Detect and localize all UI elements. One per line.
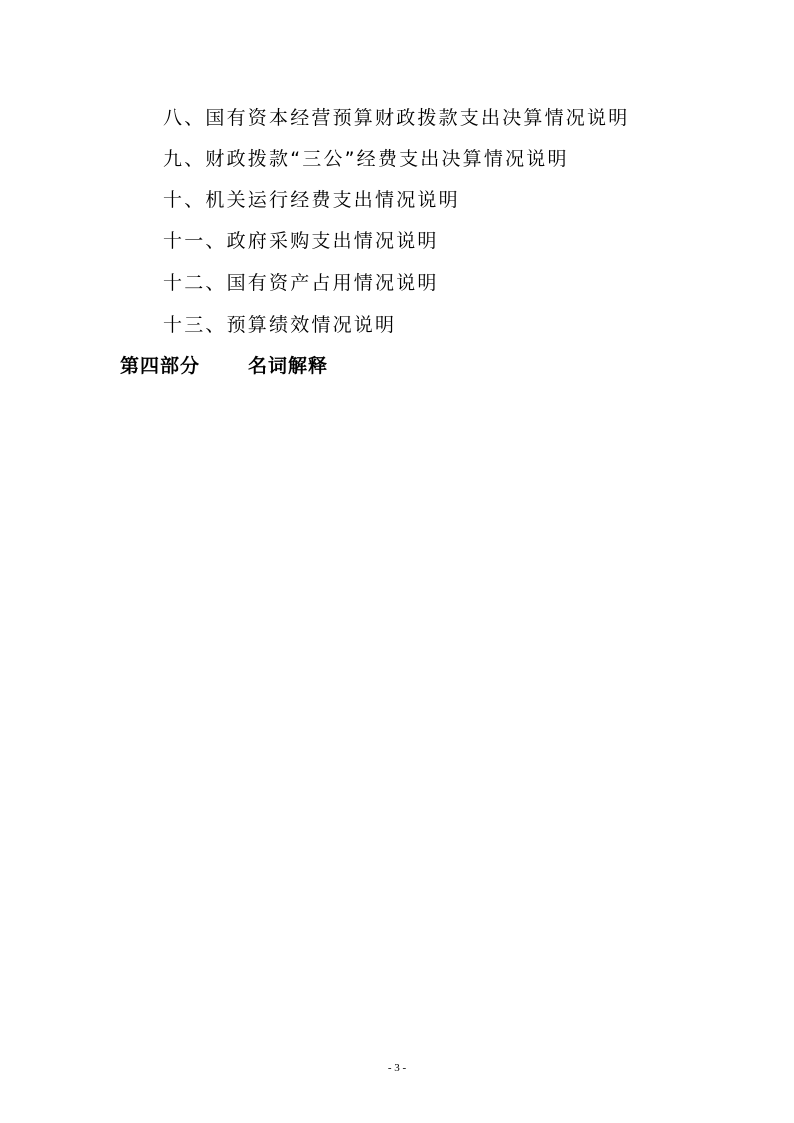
toc-item: 十一、政府采购支出情况说明	[163, 229, 439, 253]
toc-item: 十、机关运行经费支出情况说明	[163, 188, 460, 212]
toc-item: 八、国有资本经营预算财政拨款支出决算情况说明	[163, 106, 629, 130]
section-number: 第四部分	[120, 355, 200, 377]
toc-item: 十三、预算绩效情况说明	[163, 313, 396, 337]
section-title: 名词解释	[248, 354, 328, 378]
page-number: - 3 -	[0, 1062, 794, 1074]
toc-item: 十二、国有资产占用情况说明	[163, 271, 439, 295]
section-heading: 第四部分 名词解释	[120, 354, 200, 378]
toc-item: 九、财政拨款“三公”经费支出决算情况说明	[163, 147, 569, 171]
